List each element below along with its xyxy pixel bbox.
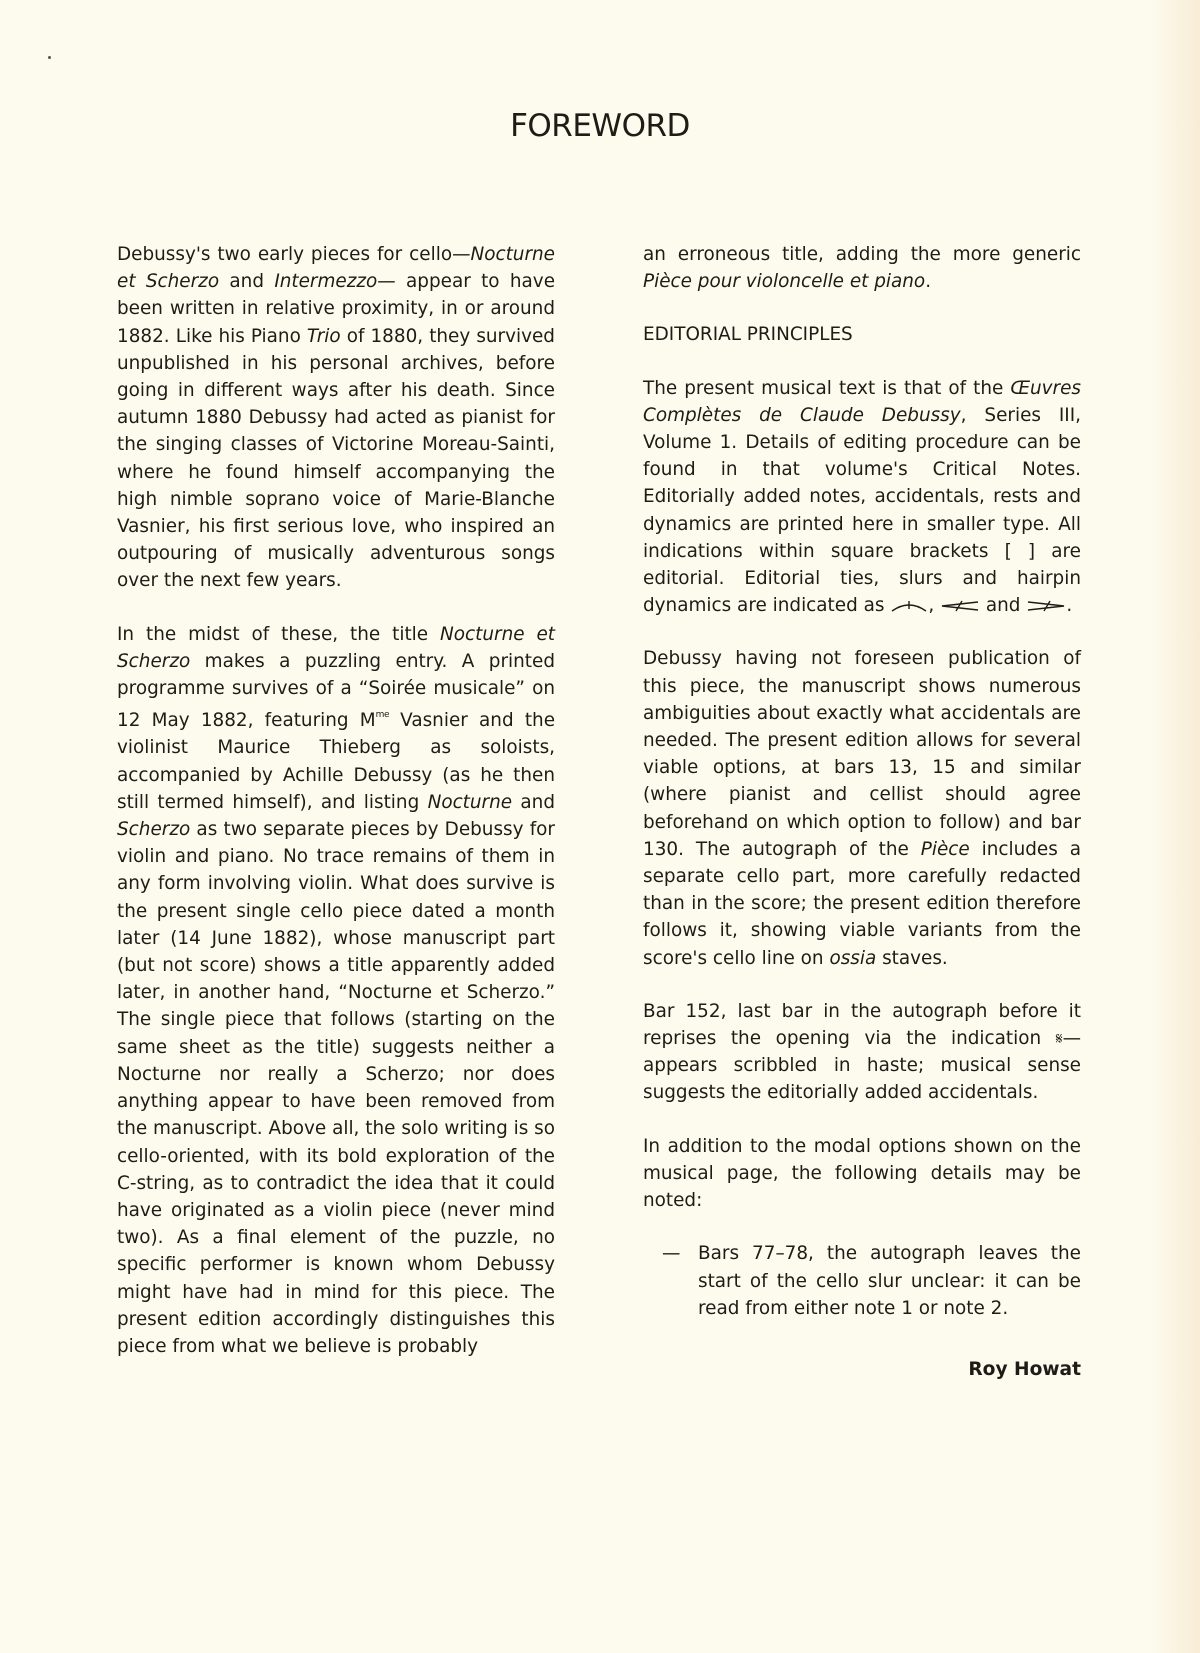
italic-title: Pièce — [921, 839, 970, 860]
paragraph-intro: Debussy's two early pieces for cello—Noc… — [117, 241, 555, 595]
text: . — [1066, 595, 1072, 616]
text: an erroneous title, adding the more gene… — [643, 244, 1081, 265]
text: staves. — [876, 948, 948, 969]
note-item: — Bars 77–78, the autograph leaves the s… — [643, 1240, 1081, 1322]
note-text: Bars 77–78, the autograph leaves the sta… — [698, 1243, 1081, 1318]
editorial-slur-icon — [890, 599, 928, 613]
paragraph-ambiguities: Debussy having not foreseen publication … — [643, 645, 1081, 971]
diminuendo-hairpin-icon — [1026, 599, 1066, 613]
text: and — [219, 271, 274, 292]
section-heading: EDITORIAL PRINCIPLES — [643, 321, 1081, 348]
text: The present musical text is that of the — [643, 378, 1010, 399]
text: Bar 152, last bar in the autograph befor… — [643, 1001, 1081, 1049]
text: , Series III, Volume 1. Details of editi… — [643, 405, 1081, 616]
italic-title: Scherzo — [117, 819, 190, 840]
italic-title: Trio — [307, 326, 341, 347]
right-column: an erroneous title, adding the more gene… — [643, 241, 1081, 1383]
text: , — [928, 595, 940, 616]
text: Debussy's two early pieces for cello— — [117, 244, 470, 265]
segno-icon: 𝄋 — [1056, 1029, 1063, 1048]
italic-title: Pièce pour violoncelle et piano — [643, 271, 925, 292]
paragraph-puzzle: In the midst of these, the title Nocturn… — [117, 621, 555, 1360]
italic-title: Nocturne — [428, 792, 513, 813]
text: Debussy having not foreseen publication … — [643, 648, 1081, 859]
text: . — [925, 271, 931, 292]
dash-bullet: — — [662, 1240, 680, 1267]
italic-title: Intermezzo — [274, 271, 377, 292]
text: and — [980, 595, 1026, 616]
page-title: FOREWORD — [0, 108, 1200, 144]
paragraph-editorial: The present musical text is that of the … — [643, 375, 1081, 620]
paragraph-details: In addition to the modal options shown o… — [643, 1133, 1081, 1215]
scan-speck — [48, 56, 51, 59]
italic-term: ossia — [829, 948, 876, 969]
paragraph-title-note: an erroneous title, adding the more gene… — [643, 241, 1081, 295]
left-column: Debussy's two early pieces for cello—Noc… — [117, 241, 555, 1360]
text: In the midst of these, the title — [117, 624, 440, 645]
superscript: me — [376, 710, 389, 720]
text: as two separate pieces by Debussy for vi… — [117, 819, 555, 1357]
crescendo-hairpin-icon — [940, 599, 980, 613]
paragraph-bar-152: Bar 152, last bar in the autograph befor… — [643, 998, 1081, 1107]
author-signature: Roy Howat — [643, 1356, 1081, 1383]
text: of 1880, they survived unpublished in hi… — [117, 326, 555, 592]
text: and — [512, 792, 555, 813]
